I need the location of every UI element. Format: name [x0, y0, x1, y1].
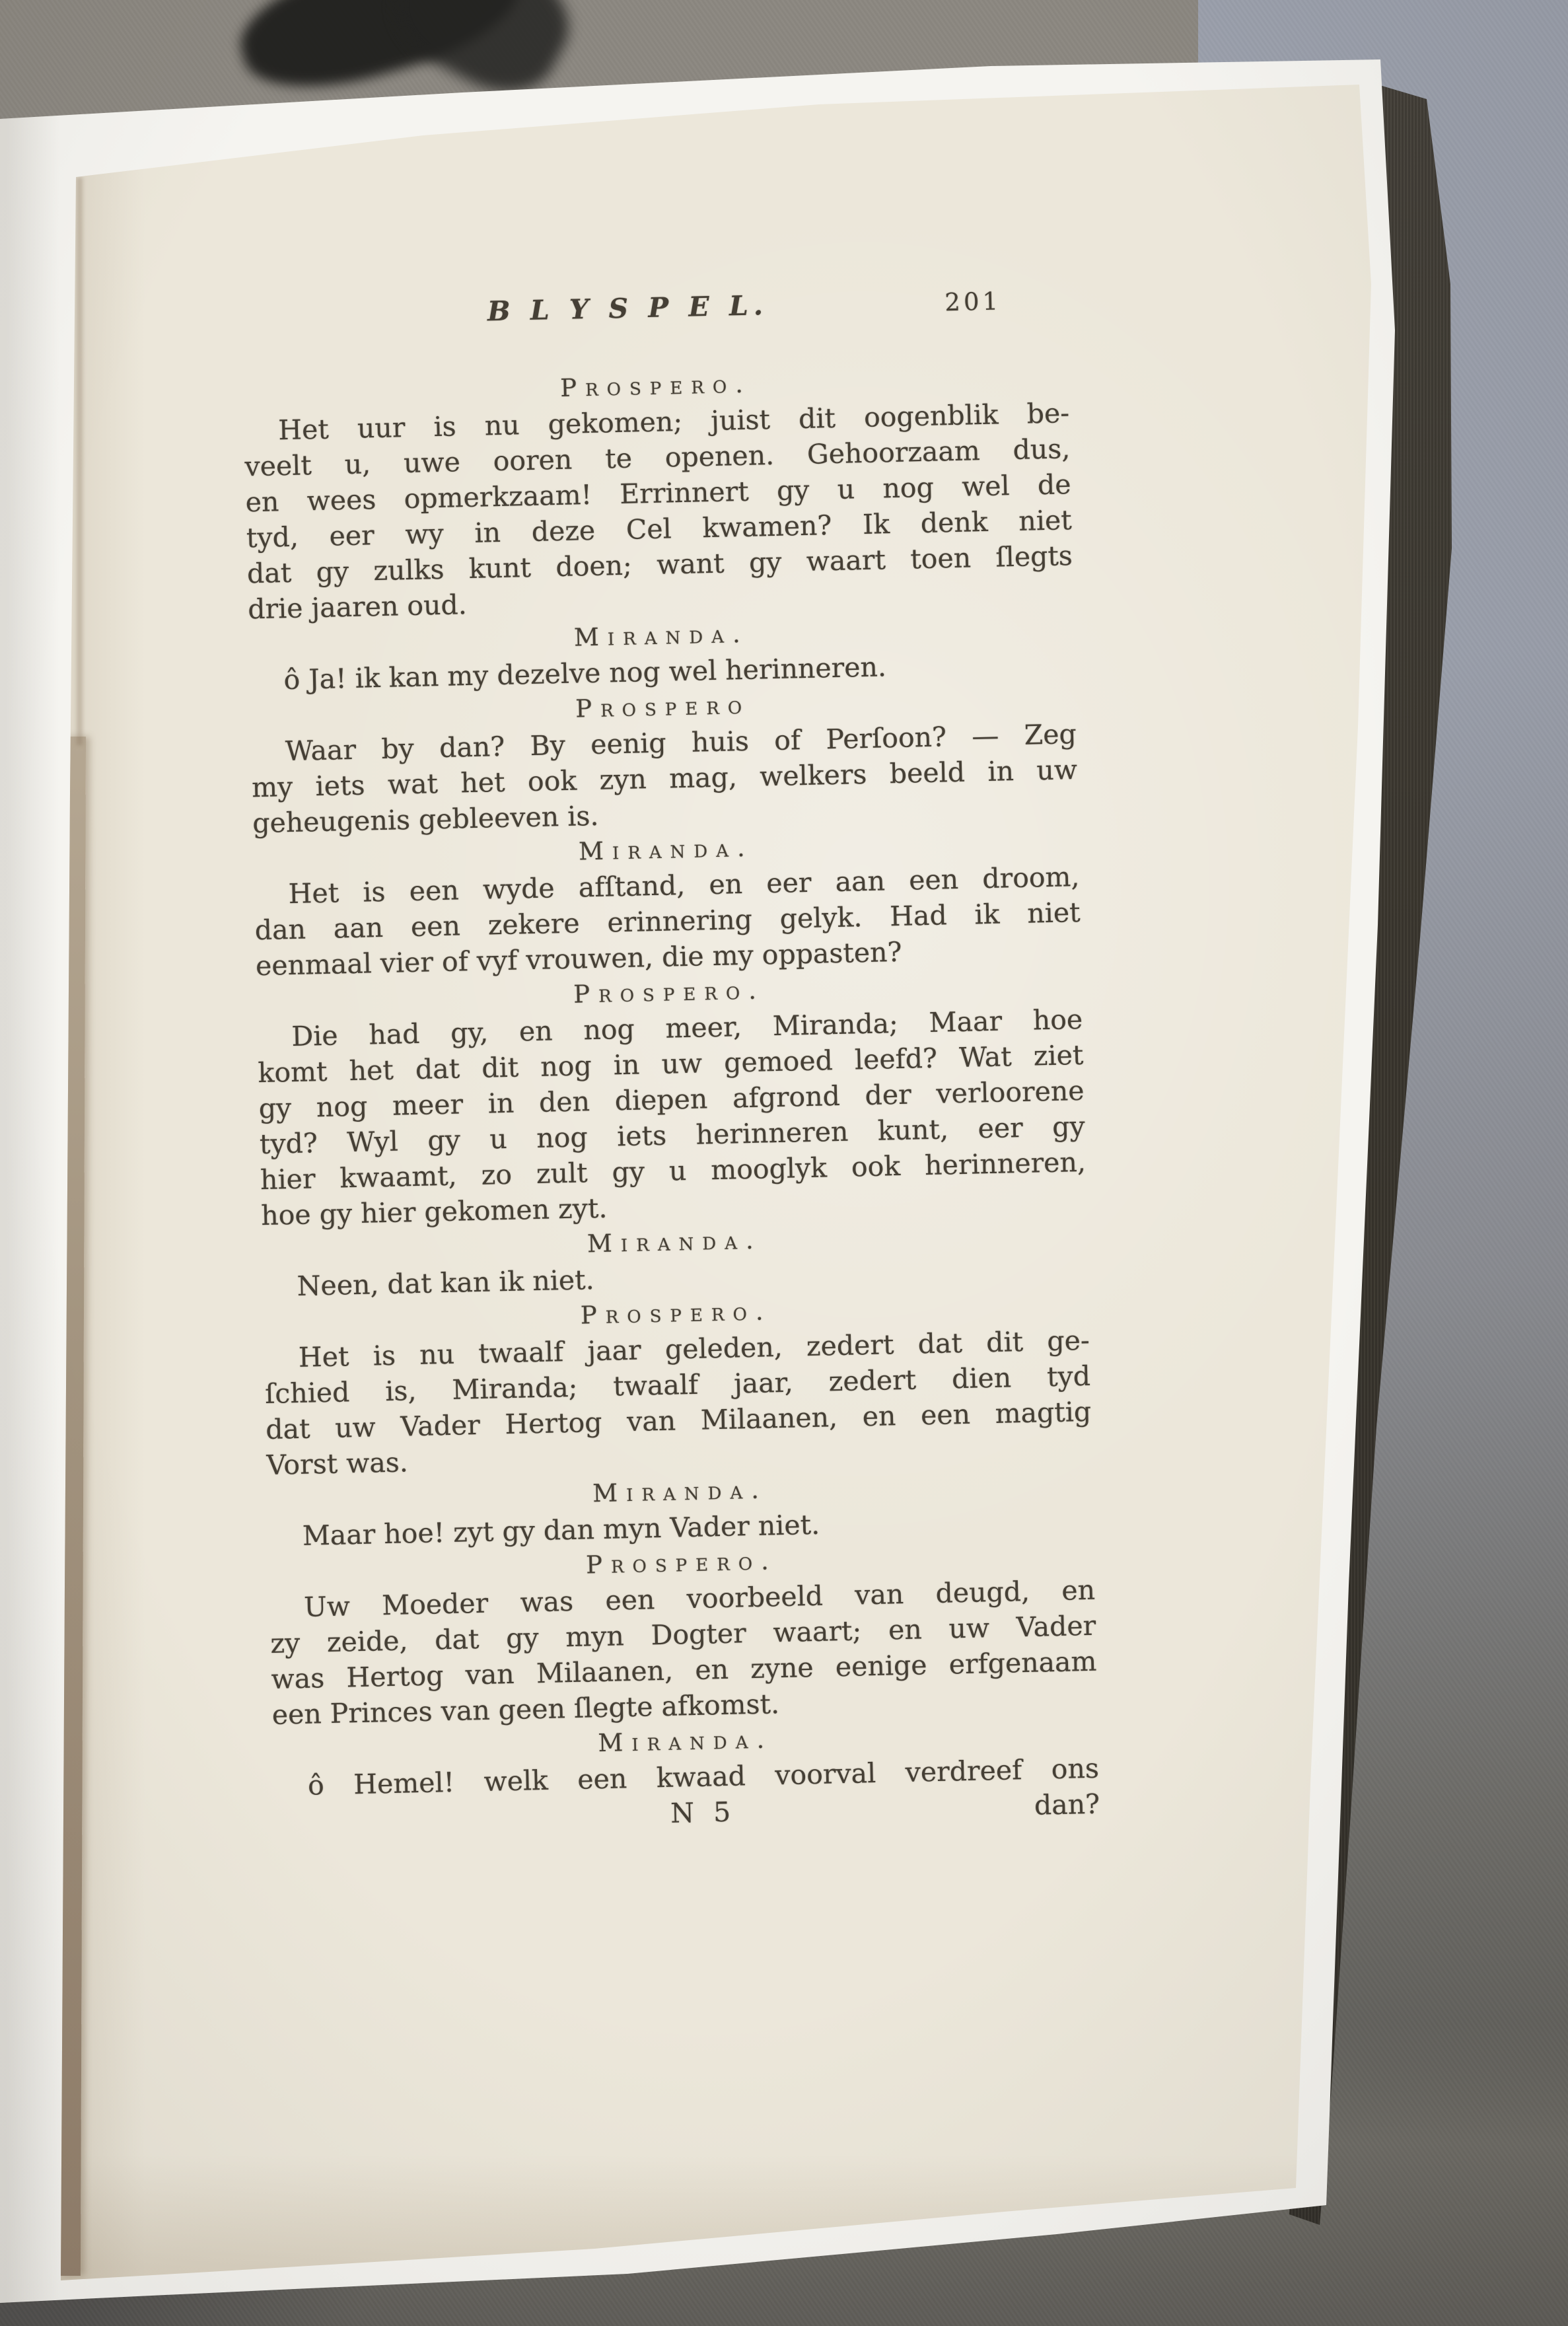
book-photo: B L Y S P E L. 201 Prospero.Het uur is n… [0, 0, 1568, 2326]
printed-text-block: B L Y S P E L. 201 Prospero.Het uur is n… [225, 279, 1130, 1842]
page-number: 201 [944, 283, 1024, 322]
catchword: dan? [1034, 1786, 1100, 1823]
gutter-crease [77, 177, 83, 745]
body-text: Prospero.Het uur is nu gekomen; juist di… [227, 359, 1129, 1804]
signature-mark: N 5 [670, 1794, 736, 1831]
